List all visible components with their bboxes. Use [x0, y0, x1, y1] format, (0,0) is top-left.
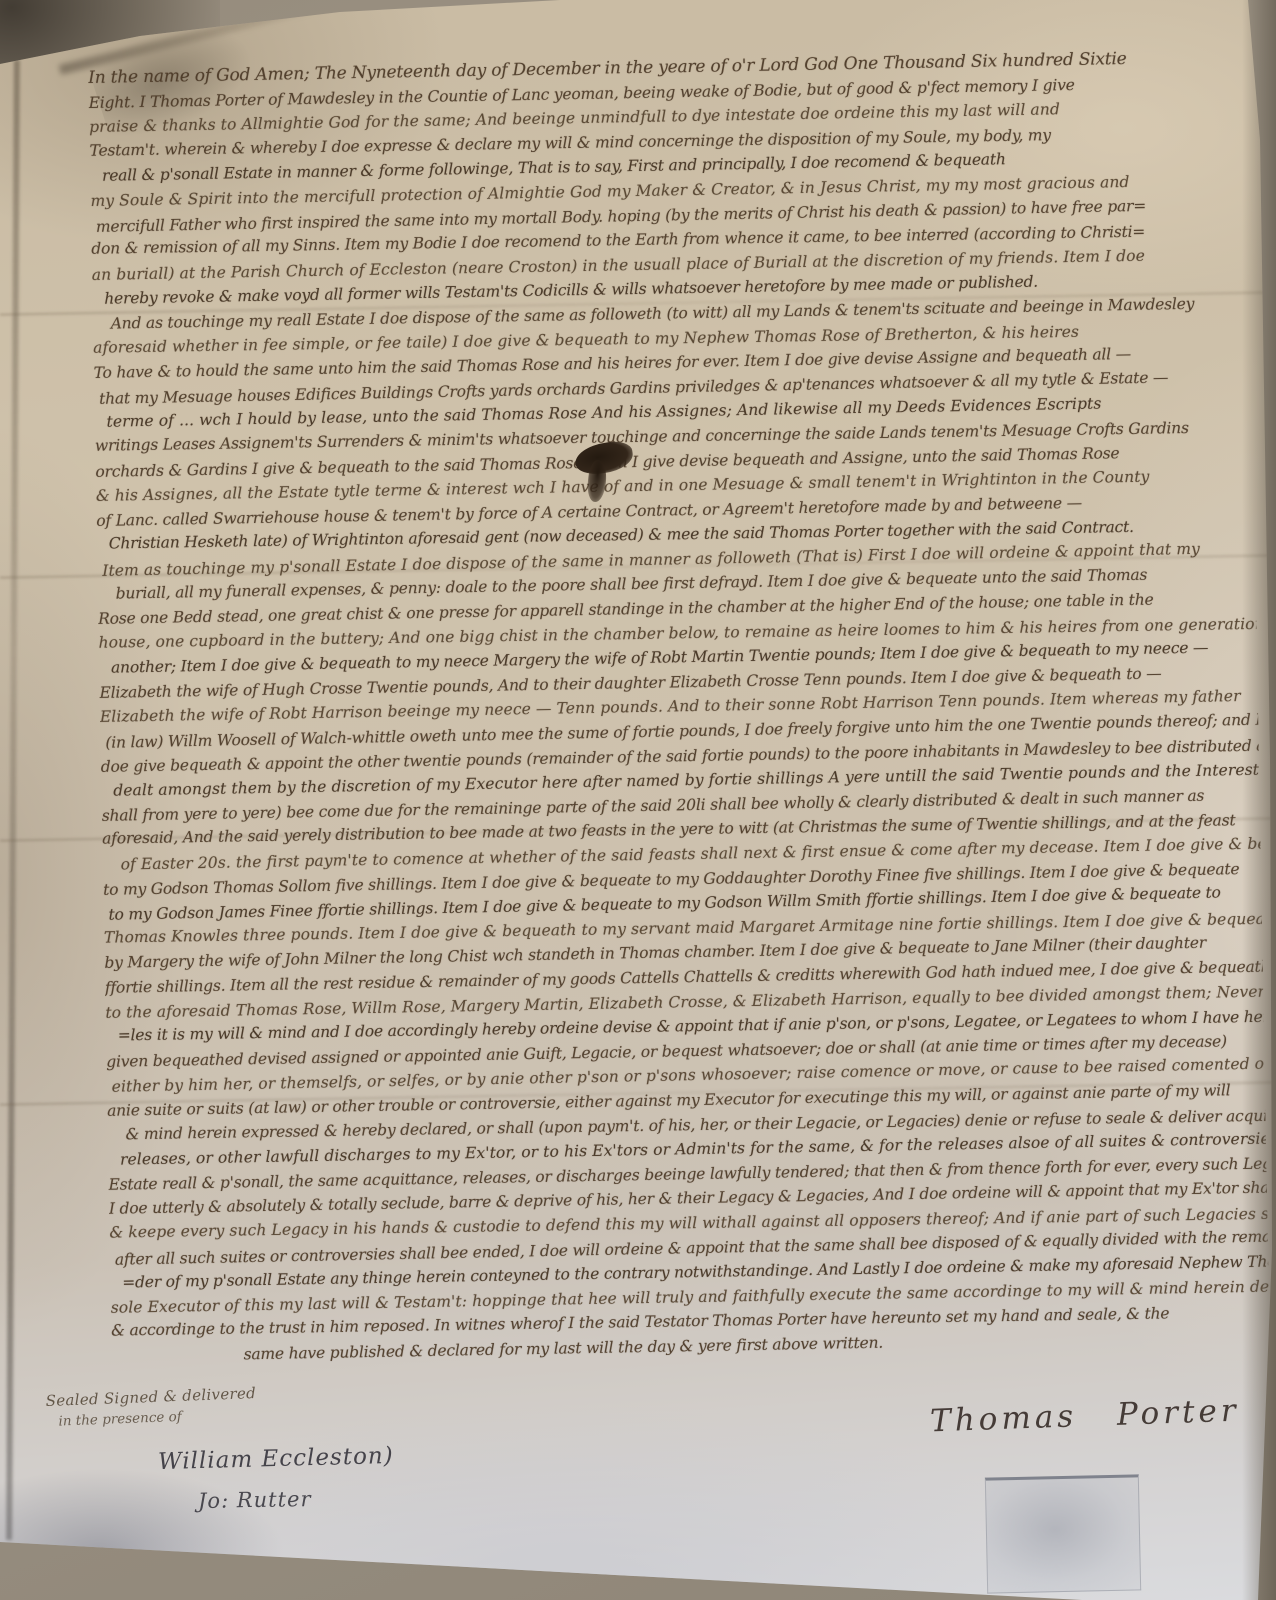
- manuscript-paper: In the name of God Amen; The Nyneteenth …: [0, 0, 1276, 1600]
- photo-right-edge-shadow: [1242, 0, 1276, 1600]
- testator-signature-thomas-porter: Thomas Porter: [929, 1393, 1240, 1440]
- manuscript-text: In the name of God Amen; The Nyneteenth …: [88, 45, 1270, 1396]
- witness-signature-william-eccleston: William Eccleston): [158, 1443, 394, 1475]
- left-fold-crease: [6, 60, 20, 1540]
- photograph-of-will: In the name of God Amen; The Nyneteenth …: [0, 0, 1276, 1600]
- attestation-line-2: in the presence of: [46, 1406, 257, 1430]
- seal-impression: [985, 1474, 1141, 1593]
- witness-signature-jo-rutter: Jo: Rutter: [198, 1487, 312, 1513]
- attestation-clause: Sealed Signed & delivered in the presenc…: [45, 1384, 257, 1430]
- attestation-line-1: Sealed Signed & delivered: [45, 1384, 256, 1410]
